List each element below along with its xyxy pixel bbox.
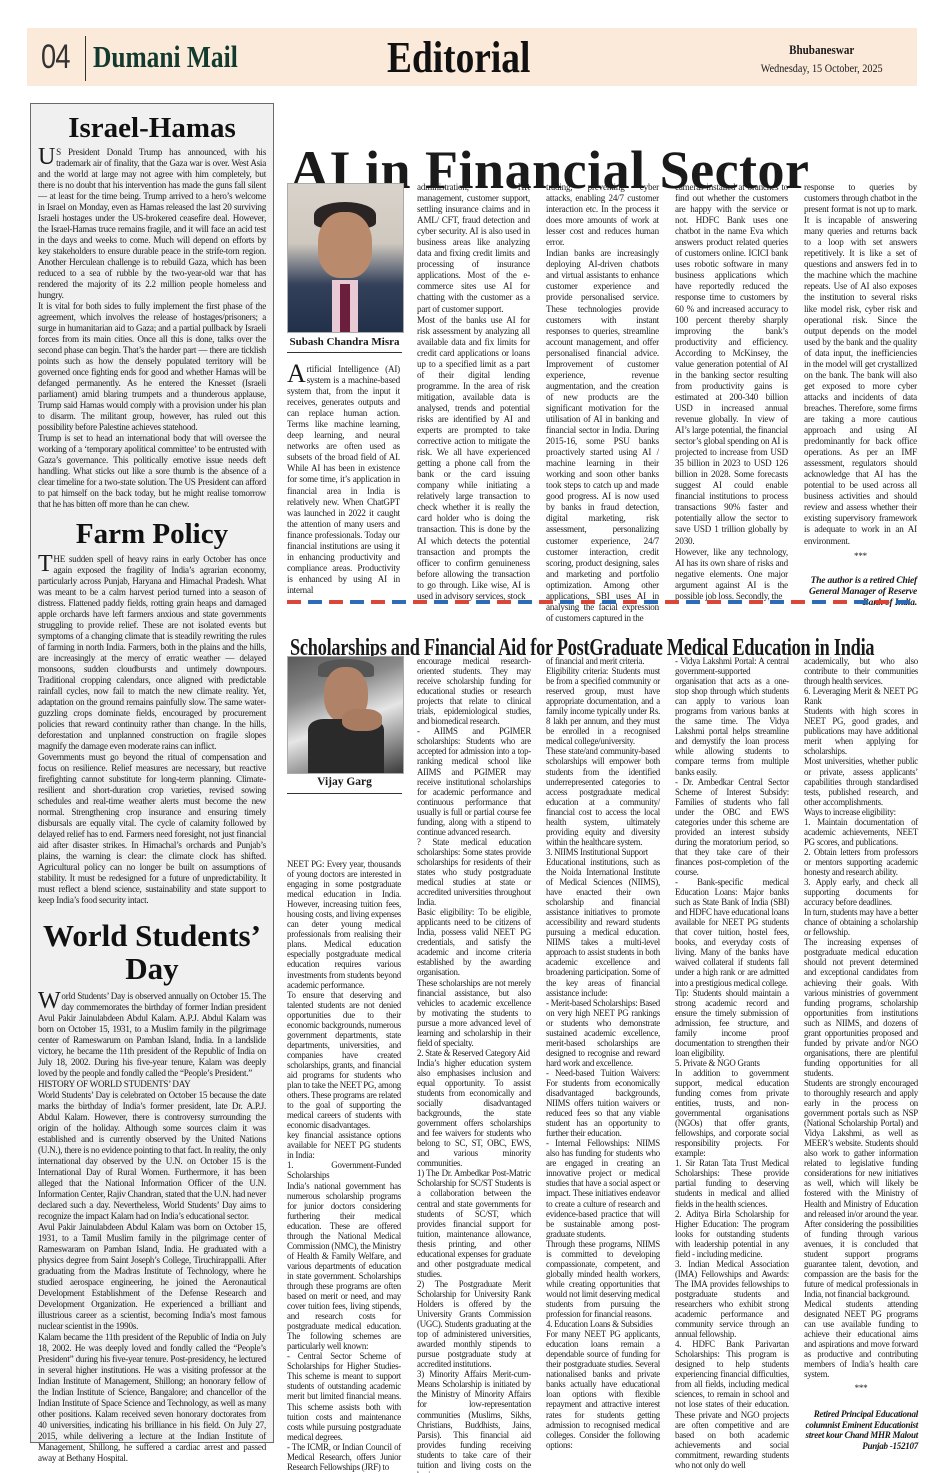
article-column: encourage medical research-oriented stud…: [417, 656, 531, 1473]
article-column: NEET PG: Every year, thousands of young …: [287, 859, 401, 1472]
article-world-students-day: World Students’ Day World Students’ Day …: [38, 920, 266, 1464]
left-editorial-column: Israel-Hamas US President Donald Trump h…: [30, 103, 274, 1443]
article-paragraph: THE sudden spell of heavy rains in early…: [38, 554, 266, 752]
dateline: Bhubaneswar Wednesday, 15 October, 2025: [750, 42, 893, 76]
article-israel-hamas: Israel-Hamas US President Donald Trump h…: [38, 114, 266, 510]
paper-name: Dumani Mail: [93, 39, 238, 75]
article-column: response to queries by customers through…: [804, 182, 917, 609]
article-paragraph: It is vital for both sides to fully impl…: [38, 301, 266, 433]
scholarship-article-body: NEET PG: Every year, thousands of young …: [287, 656, 917, 1456]
dropcap: W: [38, 992, 60, 1011]
article-subheading: HISTORY OF WORLD STUDENTS’ DAY: [38, 1079, 266, 1090]
masthead-divider: [85, 36, 86, 81]
dropcap: T: [38, 555, 52, 574]
article-paragraph: US President Donald Trump has announced,…: [38, 147, 266, 301]
dropcap: A: [287, 364, 306, 384]
article-paragraph: Governments must go beyond the ritual of…: [38, 752, 266, 906]
article-title: World Students’ Day: [38, 920, 266, 985]
end-marker: ***: [804, 551, 917, 562]
ai-article-body: Artificial Intelligence (AI) system is a…: [287, 182, 917, 572]
article-title: Israel-Hamas: [38, 114, 266, 143]
article-title: Farm Policy: [38, 520, 266, 549]
masthead: 04 Dumani Mail Editorial Bhubaneswar Wed…: [27, 28, 917, 86]
article-column: Artificial Intelligence (AI) system is a…: [287, 364, 400, 596]
dropcap: U: [38, 148, 55, 167]
article-column: administration, HR management, customer …: [417, 182, 530, 602]
section-divider: [287, 600, 917, 604]
article-paragraph: World Students’ Day is celebrated on Oct…: [38, 1090, 266, 1222]
article-farm-policy: Farm Policy THE sudden spell of heavy ra…: [38, 520, 266, 906]
article-paragraph: World Students’ Day is observed annually…: [38, 991, 266, 1079]
dateline-date: Wednesday, 15 October, 2025: [760, 61, 882, 76]
article-paragraph: Avul Pakir Jainulabdeen Abdul Kalam was …: [38, 1222, 266, 1332]
section-title: Editorial: [387, 32, 530, 83]
article-column: trading, preventing cyber attacks, enabl…: [546, 182, 659, 624]
article-column: academically, but who also contribute to…: [804, 656, 918, 1451]
dateline-city: Bhubaneswar: [760, 42, 882, 58]
article-column: cameras installed at branches to find ou…: [675, 182, 788, 602]
article-column: - Vidya Lakshmi Portal: A central govern…: [675, 656, 789, 1470]
article-paragraph: Trump is set to head an international bo…: [38, 433, 266, 510]
page-number: 04: [41, 38, 70, 77]
author-note: Retired Principal Educational columnist …: [804, 1409, 918, 1451]
end-marker: ***: [804, 1383, 918, 1393]
article-paragraph: Kalam became the 11th president of the R…: [38, 1332, 266, 1464]
article-column: of financial and merit criteria. Eligibi…: [546, 656, 660, 1450]
